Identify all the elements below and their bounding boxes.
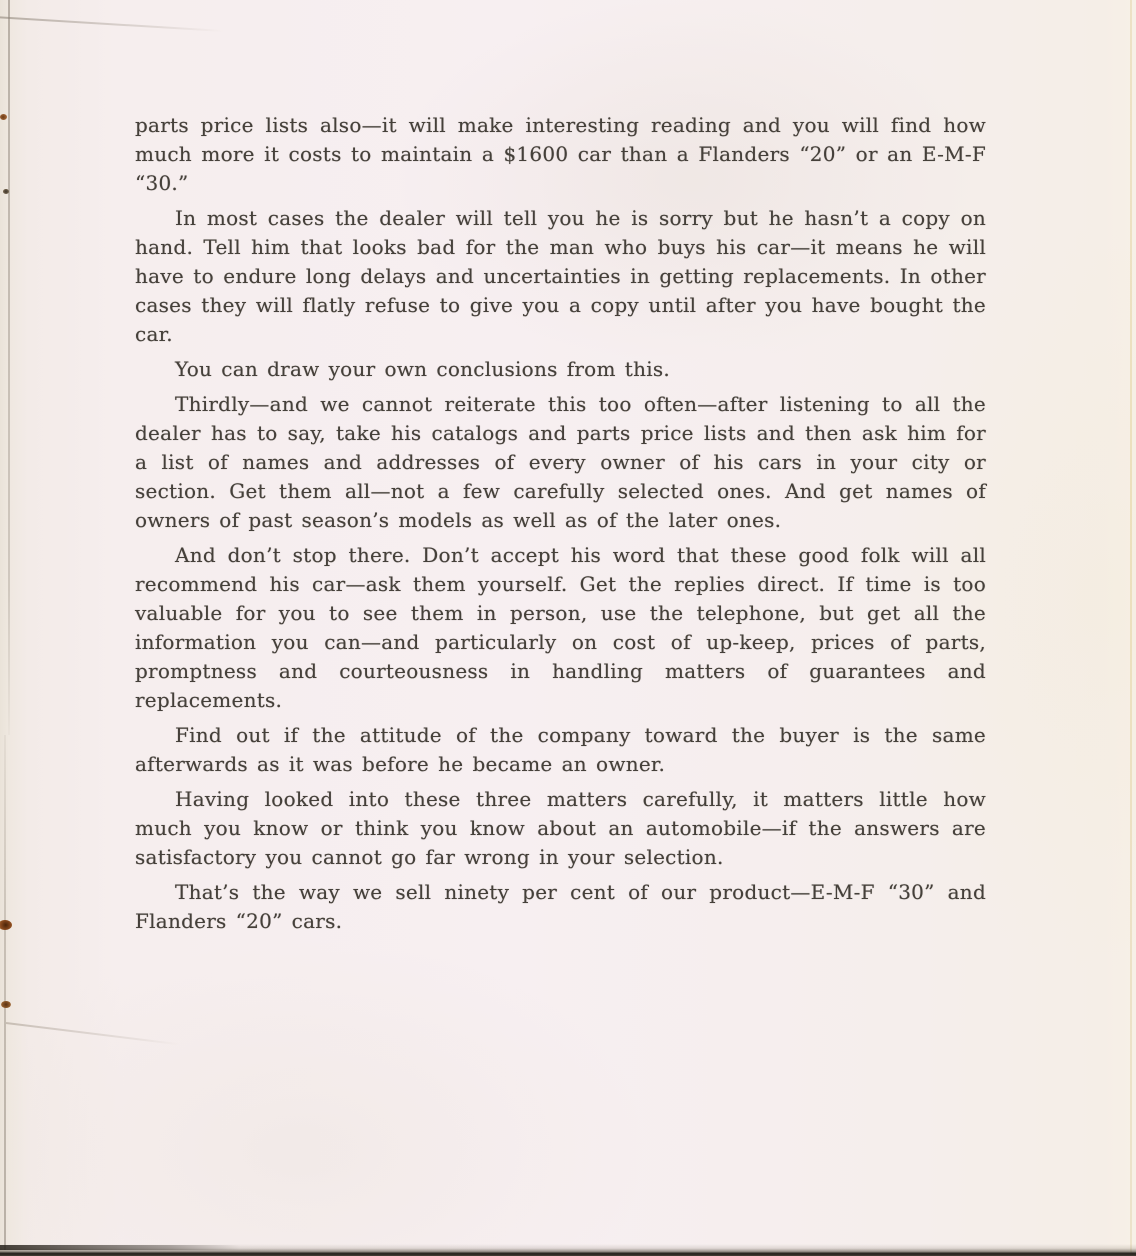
paragraph: Thirdly—and we cannot reiterate this too… [135,390,986,535]
paragraph: And don’t stop there. Don’t accept his w… [135,541,986,715]
spine-crease-line-upper [8,0,10,735]
page-bottom-edge-shadow-left [0,1245,240,1250]
binding-mark [3,189,9,194]
paragraph: In most cases the dealer will tell you h… [135,204,986,349]
paragraph: That’s the way we sell ninety per cent o… [135,878,986,936]
paper-crease-mid-left [6,1022,180,1045]
paragraph: Having looked into these three matters c… [135,785,986,872]
binding-mark [0,114,7,120]
paper-crease-top-left [0,16,224,32]
paragraph: Find out if the attitude of the company … [135,721,986,779]
spine-crease-line-lower [4,735,6,1250]
paragraph: You can draw your own conclusions from t… [135,355,986,384]
page-text: parts price lists also—it will make inte… [135,111,986,942]
binding-mark [0,920,12,930]
book-page: parts price lists also—it will make inte… [0,0,1136,1256]
adjacent-page-edge [1130,0,1132,1256]
paragraph: parts price lists also—it will make inte… [135,111,986,198]
binding-mark [1,1001,11,1008]
